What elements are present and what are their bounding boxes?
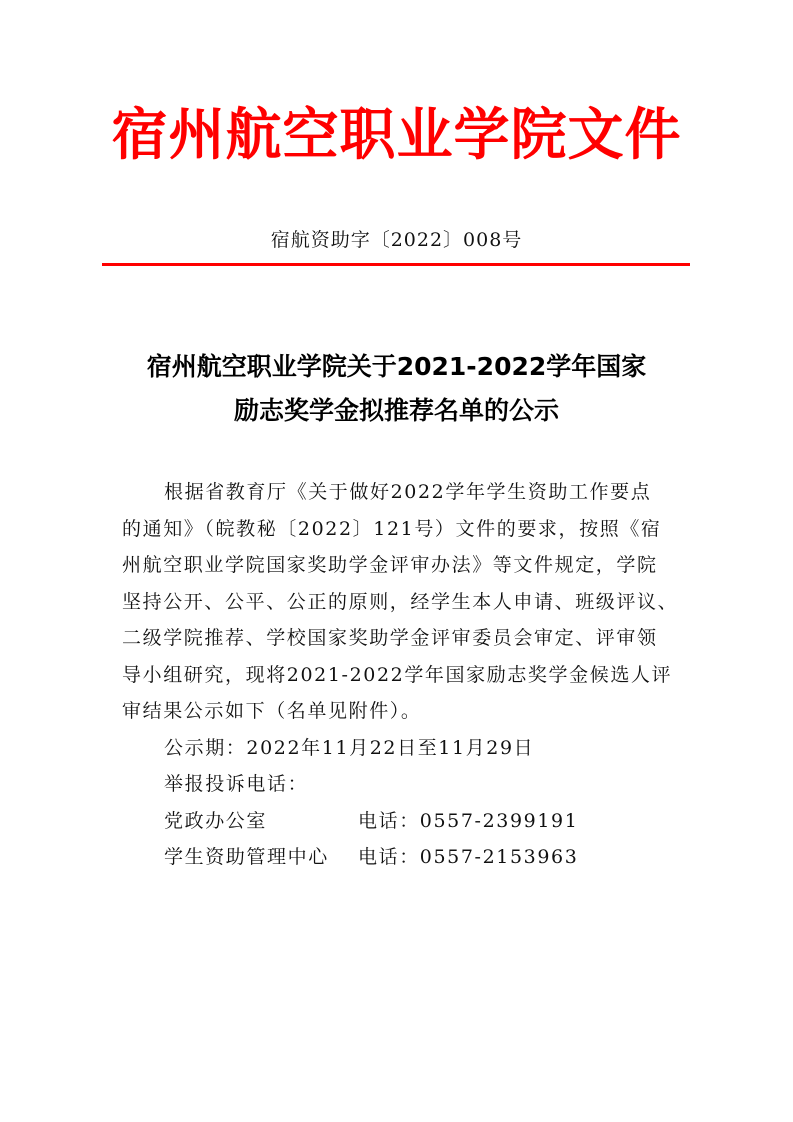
paragraph-line: 的通知》（皖教秘〔2022〕121号）文件的要求，按照《宿 xyxy=(122,511,668,548)
contact-row-party-office: 党政办公室 电话：0557-2399191 xyxy=(122,803,668,840)
paragraph-line: 审结果公示如下（名单见附件）。 xyxy=(122,693,668,730)
publicity-period: 公示期：2022年11月22日至11月29日 xyxy=(122,730,668,767)
contact-phone: 电话：0557-2153963 xyxy=(358,839,578,876)
paragraph-line: 二级学院推荐、学校国家奖助学金评审委员会审定、评审领 xyxy=(122,620,668,657)
document-number: 宿航资助字〔2022〕008号 xyxy=(0,226,793,254)
contact-phone: 电话：0557-2399191 xyxy=(358,803,578,840)
contact-name: 学生资助管理中心 xyxy=(164,839,358,876)
title-line-1: 宿州航空职业学院关于2021-2022学年国家 xyxy=(0,345,793,389)
document-page: 宿州航空职业学院文件 宿航资助字〔2022〕008号 宿州航空职业学院关于202… xyxy=(0,0,793,1122)
report-phone-label: 举报投诉电话： xyxy=(122,766,668,803)
document-body: 根据省教育厅《关于做好2022学年学生资助工作要点 的通知》（皖教秘〔2022〕… xyxy=(122,474,668,876)
document-masthead: 宿州航空职业学院文件 xyxy=(0,100,793,170)
red-divider-rule xyxy=(102,263,690,266)
paragraph-line: 州航空职业学院国家奖助学金评审办法》等文件规定，学院 xyxy=(122,547,668,584)
contact-name: 党政办公室 xyxy=(164,803,358,840)
main-paragraph: 根据省教育厅《关于做好2022学年学生资助工作要点 的通知》（皖教秘〔2022〕… xyxy=(122,474,668,730)
paragraph-line: 导小组研究，现将2021-2022学年国家励志奖学金候选人评 xyxy=(122,657,668,694)
paragraph-line: 根据省教育厅《关于做好2022学年学生资助工作要点 xyxy=(122,474,668,511)
title-line-2: 励志奖学金拟推荐名单的公示 xyxy=(0,389,793,433)
contact-row-student-aid-center: 学生资助管理中心 电话：0557-2153963 xyxy=(122,839,668,876)
paragraph-line: 坚持公开、公平、公正的原则，经学生本人申请、班级评议、 xyxy=(122,584,668,621)
document-title: 宿州航空职业学院关于2021-2022学年国家 励志奖学金拟推荐名单的公示 xyxy=(0,345,793,433)
